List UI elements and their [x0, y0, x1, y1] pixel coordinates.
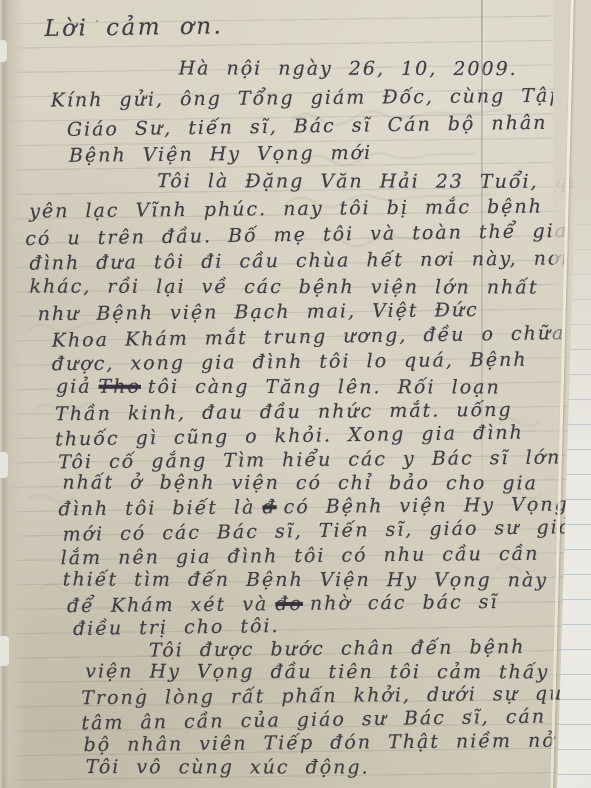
torn-edge-chip — [0, 636, 9, 666]
paper-speck — [140, 688, 143, 690]
letter-line: yên lạc Vĩnh phúc. nay tôi bị mắc bệnh — [29, 196, 543, 224]
paper-left-edge — [0, 0, 26, 788]
paper-crease-highlight — [483, 0, 484, 420]
letter-title: Lời cảm ơn. — [44, 15, 223, 41]
letter-line: bộ nhân viên Tiếp đón Thật niềm nở — [83, 730, 555, 758]
letter-line: Bệnh Viện Hy Vọng mới — [69, 142, 372, 168]
letter-line: đình đưa tôi đi cầu chùa hết nơi này, nơ… — [29, 247, 569, 275]
letter-line: Kính gửi, ông Tổng giám Đốc, cùng Tập th… — [51, 84, 591, 112]
letter-line: Tôi vô cùng xúc động. — [86, 756, 370, 779]
torn-edge-chip — [0, 40, 7, 62]
letter-line: được, xong gia đình tôi lo quá, Bệnh — [52, 349, 528, 377]
letter-line-with-strikethrough: giảThotôi càng Tăng lên. Rối loạn — [56, 376, 501, 400]
letter-text: tôi càng Tăng lên. Rối loạn — [148, 376, 501, 399]
letter-line: Tôi là Đặng Văn Hải 23 Tuổi, quê ở — [157, 170, 591, 194]
letter-line: có u trên đầu. Bố mẹ tôi và toàn thể gia — [25, 220, 568, 251]
strikethrough-text: Tho — [99, 376, 141, 398]
letter-text: đình tôi biết là — [58, 496, 255, 520]
letter-photo: Lời cảm ơn. Hà nội ngày 26, 10, 2009. Kí… — [0, 0, 591, 788]
letter-line: điều trị cho tôi. — [73, 615, 280, 641]
letter-date-line: Hà nội ngày 26, 10, 2009. — [179, 57, 518, 81]
letter-line: Tôi cố gắng Tìm hiểu các y Bác sĩ lớn — [58, 447, 561, 475]
letter-text: giả — [56, 376, 92, 398]
letter-line: khác, rồi lại về các bệnh viện lớn nhất — [30, 276, 539, 300]
letter-line-with-strikethrough: để Khám xét vàđonhờ các bác sĩ — [67, 591, 499, 618]
strikethrough-text: đ — [262, 496, 276, 518]
letter-line: nhất ở bệnh viện có chỉ bảo cho gia — [62, 472, 538, 496]
letter-line: như Bệnh viện Bạch mai, Việt Đức — [38, 299, 479, 326]
torn-edge-chip — [0, 452, 8, 478]
handwriting-layer: Lời cảm ơn. Hà nội ngày 26, 10, 2009. Kí… — [0, 0, 591, 788]
letter-line: viện Hy Vọng đầu tiên tôi cảm thấy — [85, 661, 549, 685]
letter-line: thiết tìm đến Bệnh Viện Hy Vọng này — [63, 569, 548, 593]
letter-text: để Khám xét và — [67, 593, 269, 617]
letter-line: lắm nên gia đình tôi có nhu cầu cần — [61, 543, 540, 571]
paper-speck — [470, 712, 472, 714]
letter-text: có Bệnh viện Hy Vọng — [284, 493, 569, 518]
letter-line: Giáo Sư, tiến sĩ, Bác sĩ Cán bộ nhân Viê… — [67, 111, 591, 142]
strikethrough-text: đo — [275, 593, 303, 615]
paper-speck — [310, 58, 312, 60]
paper-speck — [96, 20, 98, 22]
letter-text: nhờ các bác sĩ — [310, 591, 499, 615]
letter-line: Tôi được bước chân đến bệnh — [149, 636, 526, 663]
